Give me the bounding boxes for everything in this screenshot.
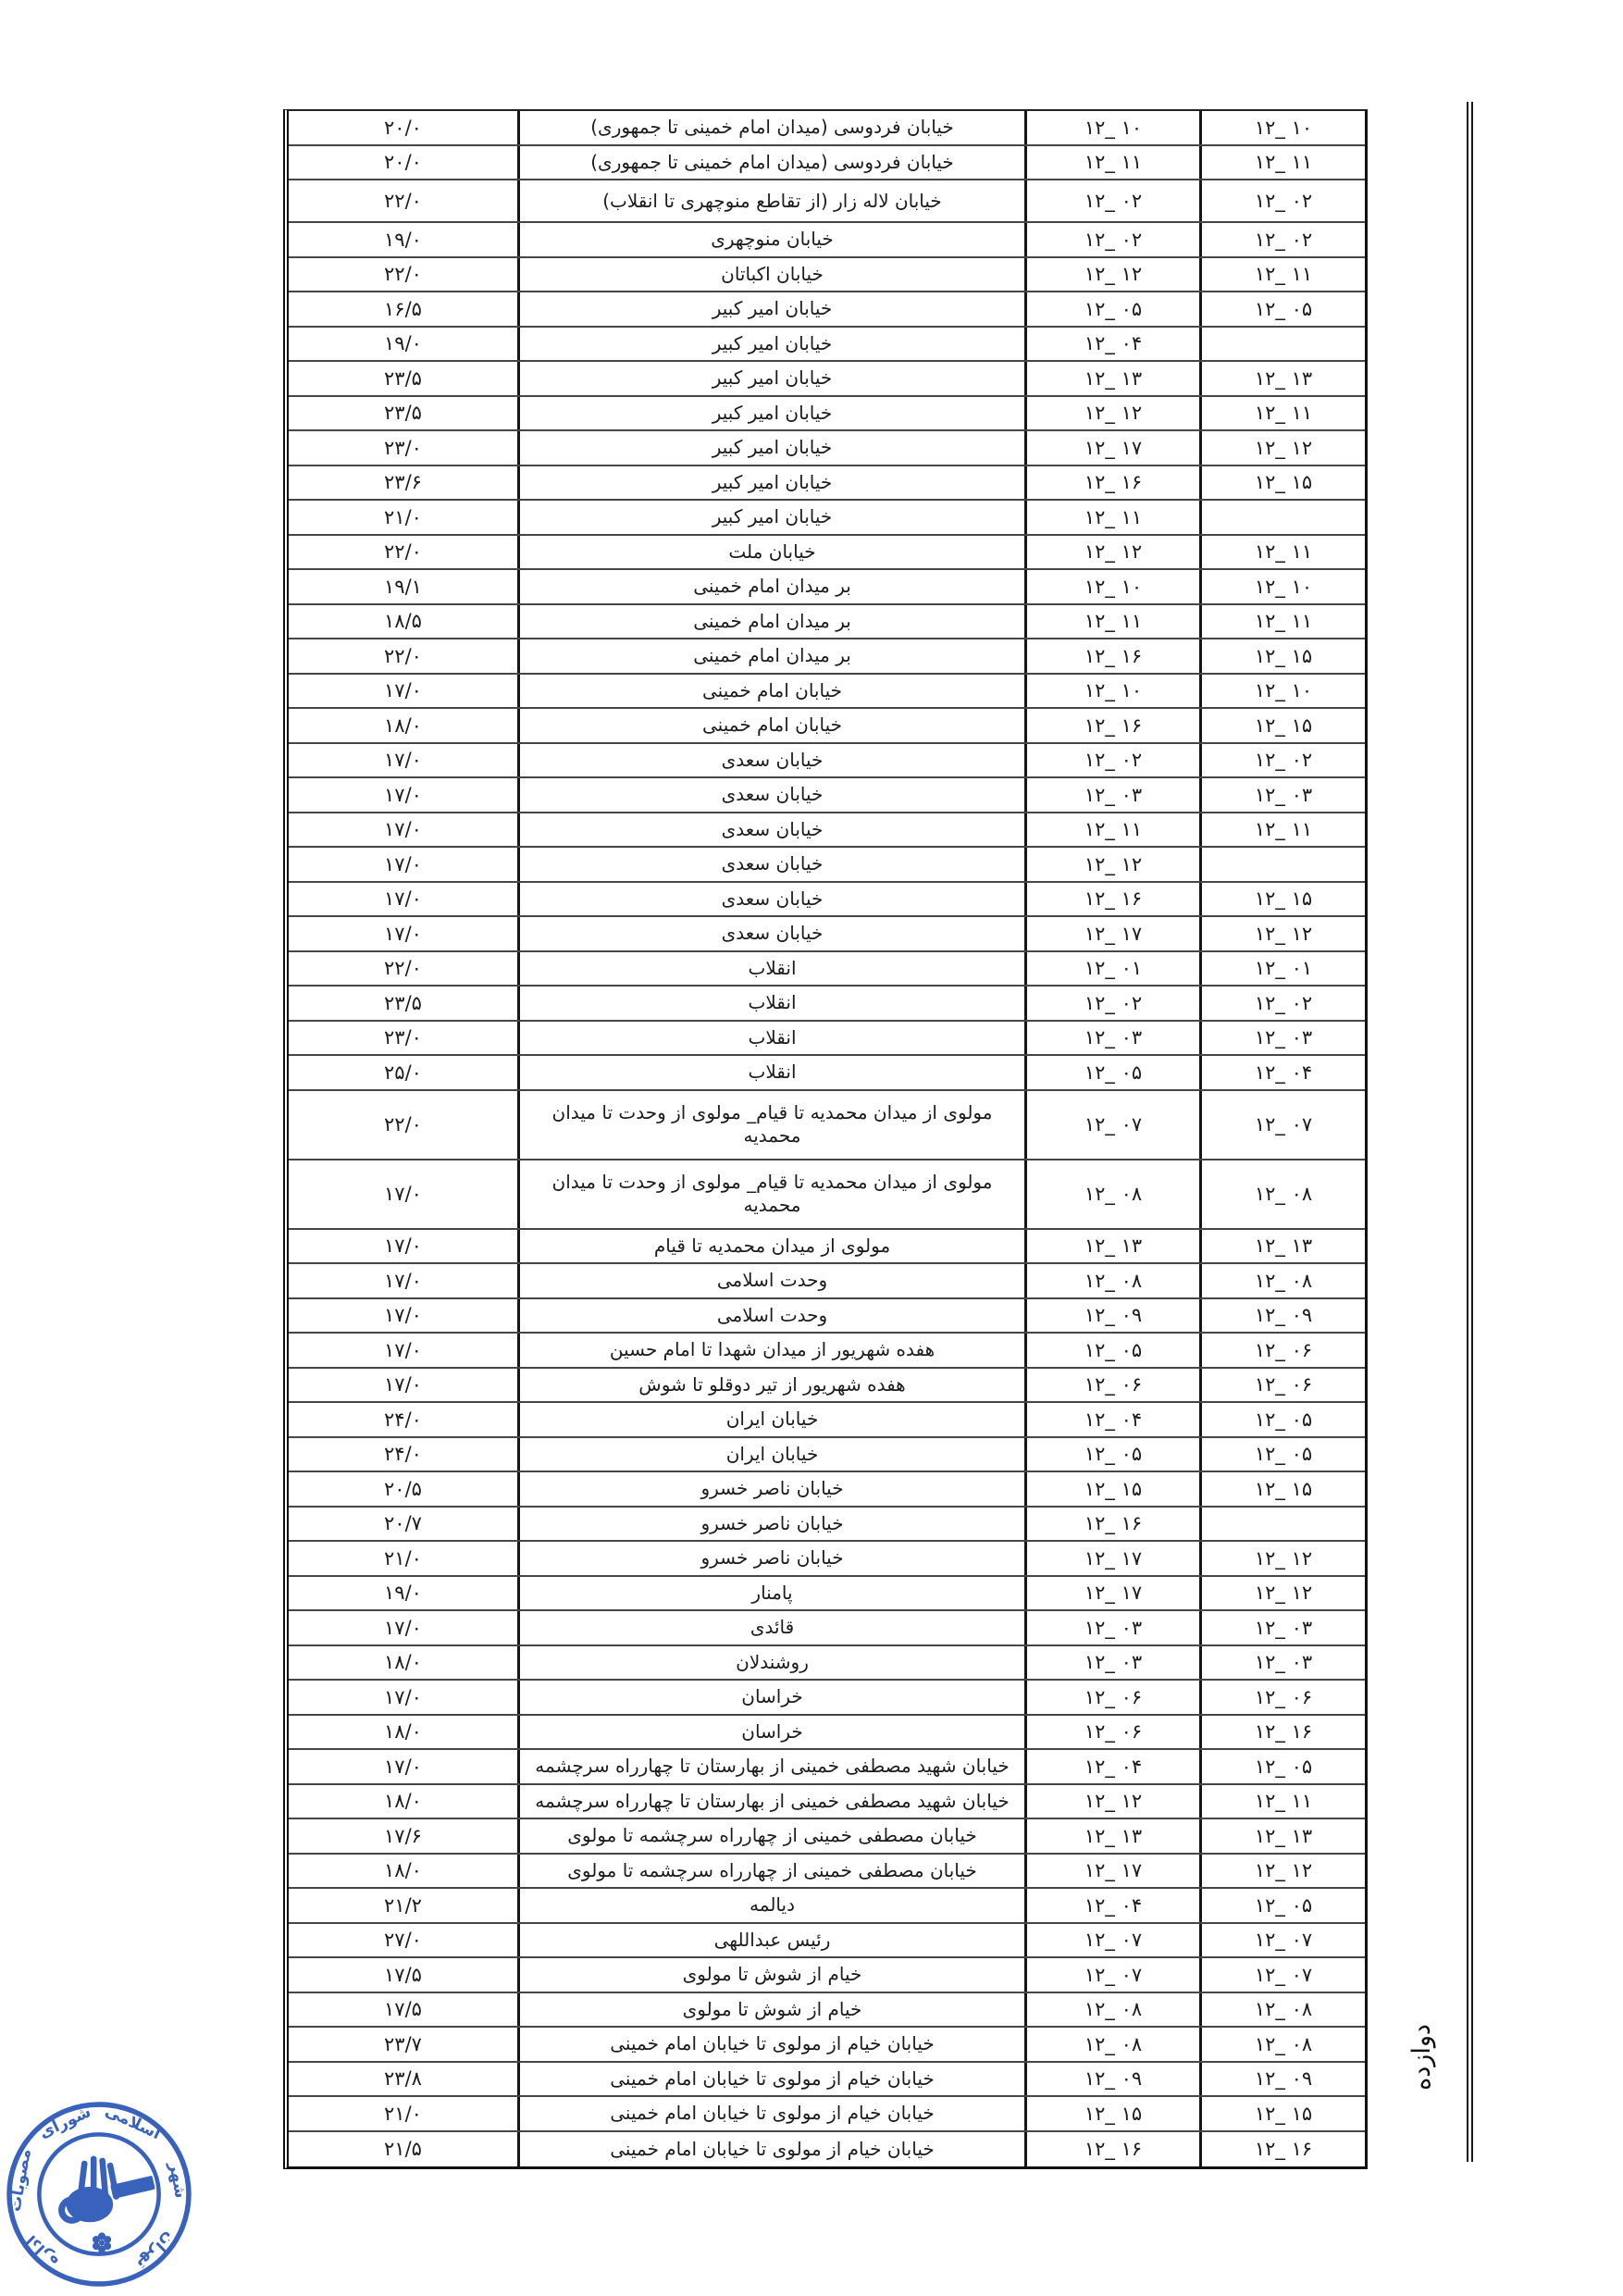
district-code-left: ۱۲_ ۰۵ xyxy=(1084,1061,1142,1085)
street-name: رئیس عبداللهی xyxy=(714,1929,831,1952)
street-name: خیابان ناصر خسرو xyxy=(700,1477,843,1500)
district-code-left: ۱۲_ ۰۲ xyxy=(1084,991,1142,1015)
table-row: ۱۸/۰ خراسان ۱۲_ ۰۶ ۱۲_ ۱۶ xyxy=(289,1716,1365,1751)
district-code-cell-left: ۱۲_ ۱۲ xyxy=(1027,258,1202,292)
street-name: قائدی xyxy=(750,1616,794,1639)
street-name: انقلاب xyxy=(749,1026,797,1049)
district-code-left: ۱۲_ ۰۷ xyxy=(1084,1963,1142,1987)
district-code-cell-left: ۱۲_ ۰۷ xyxy=(1027,1924,1202,1957)
width-value-cell: ۱۷/۰ xyxy=(289,1681,520,1714)
width-value-cell: ۲۲/۰ xyxy=(289,536,520,569)
street-name-cell: خیابان مصطفی خمینی از چهارراه سرچشمه تا … xyxy=(520,1819,1027,1853)
district-code-cell-right: ۱۲_ ۰۸ xyxy=(1202,2028,1365,2061)
width-value-cell: ۲۳/۵ xyxy=(289,397,520,430)
street-name-cell: وحدت اسلامی xyxy=(520,1299,1027,1333)
district-code-cell-left: ۱۲_ ۰۴ xyxy=(1027,1750,1202,1783)
district-code-right: ۱۲_ ۱۵ xyxy=(1255,887,1312,911)
street-name: مولوی از میدان محمدیه تا قیام_ مولوی از … xyxy=(527,1171,1017,1217)
street-name: خیابان امام خمینی xyxy=(702,714,842,737)
street-name-cell: خیابان شهید مصطفی خمینی از بهارستان تا چ… xyxy=(520,1750,1027,1783)
district-code-cell-right: ۱۲_ ۱۳ xyxy=(1202,1819,1365,1853)
street-name-cell: روشندلان xyxy=(520,1646,1027,1680)
district-code-cell-right: ۱۲_ ۰۹ xyxy=(1202,1299,1365,1333)
width-value-cell: ۲۱/۰ xyxy=(289,1542,520,1575)
street-name: خیابان مصطفی خمینی از چهارراه سرچشمه تا … xyxy=(567,1859,977,1882)
table-row: ۲۱/۲ دیالمه ۱۲_ ۰۴ ۱۲_ ۰۵ xyxy=(289,1889,1365,1924)
district-code-cell-right: ۱۲_ ۱۱ xyxy=(1202,536,1365,569)
street-name: خیابان امام خمینی xyxy=(702,679,842,702)
width-value-cell: ۲۷/۰ xyxy=(289,1924,520,1957)
district-code-right: ۱۲_ ۱۱ xyxy=(1255,540,1312,564)
street-name: روشندلان xyxy=(736,1651,809,1674)
district-code-cell-left: ۱۲_ ۱۶ xyxy=(1027,639,1202,673)
width-value: ۱۷/۰ xyxy=(384,678,422,702)
district-code-cell-left: ۱۲_ ۱۶ xyxy=(1027,709,1202,742)
table-row: ۲۳/۵ خیابان امیر کبیر ۱۲_ ۱۳ ۱۲_ ۱۳ xyxy=(289,362,1365,397)
street-name: بر میدان امام خمینی xyxy=(693,610,851,633)
street-name: خیابان مصطفی خمینی از چهارراه سرچشمه تا … xyxy=(567,1824,977,1847)
street-name-cell: بر میدان امام خمینی xyxy=(520,605,1027,639)
district-code-left: ۱۲_ ۰۸ xyxy=(1084,2032,1142,2056)
street-name: خیابان امیر کبیر xyxy=(712,297,833,320)
width-value-cell: ۱۷/۰ xyxy=(289,1369,520,1402)
district-code-cell-left: ۱۲_ ۰۳ xyxy=(1027,1646,1202,1680)
district-code-cell-left: ۱۲_ ۰۲ xyxy=(1027,987,1202,1020)
district-code-cell-left: ۱۲_ ۱۳ xyxy=(1027,1230,1202,1263)
width-value-cell: ۲۰/۰ xyxy=(289,111,520,144)
width-value-cell: ۲۳/۵ xyxy=(289,362,520,395)
table-row: ۱۶/۵ خیابان امیر کبیر ۱۲_ ۰۵ ۱۲_ ۰۵ xyxy=(289,292,1365,328)
district-code-right: ۱۲_ ۱۲ xyxy=(1255,1546,1312,1570)
district-code-right: ۱۲_ ۱۲ xyxy=(1255,922,1312,946)
district-code-left: ۱۲_ ۱۷ xyxy=(1084,1546,1142,1570)
table-row: ۲۲/۰ انقلاب ۱۲_ ۰۱ ۱۲_ ۰۱ xyxy=(289,952,1365,987)
district-code-cell-right: ۱۲_ ۱۱ xyxy=(1202,397,1365,430)
district-code-cell-right: ۱۲_ ۱۱ xyxy=(1202,605,1365,639)
table-row: ۱۷/۰ خیابان سعدی ۱۲_ ۰۳ ۱۲_ ۰۳ xyxy=(289,778,1365,813)
street-name-cell: خراسان xyxy=(520,1716,1027,1749)
width-value-cell: ۱۷/۰ xyxy=(289,778,520,812)
district-code-left: ۱۲_ ۱۱ xyxy=(1084,150,1142,174)
district-code-cell-left: ۱۲_ ۰۵ xyxy=(1027,1056,1202,1089)
street-name-cell: خیابان ناصر خسرو xyxy=(520,1508,1027,1541)
district-code-right: ۱۲_ ۰۸ xyxy=(1255,1269,1312,1293)
street-name: خیابان فردوسی (میدان امام خمینی تا جمهور… xyxy=(590,151,954,174)
district-code-cell-left: ۱۲_ ۱۱ xyxy=(1027,501,1202,534)
width-value: ۱۷/۰ xyxy=(384,887,422,911)
street-name: خیابان ملت xyxy=(728,540,815,564)
street-name-cell: خیابان ایران xyxy=(520,1438,1027,1471)
street-name: دیالمه xyxy=(750,1893,795,1917)
district-code-left: ۱۲_ ۱۰ xyxy=(1084,575,1142,599)
width-value: ۲۵/۰ xyxy=(384,1061,422,1085)
street-name: هفده شهریور از میدان شهدا تا امام حسین xyxy=(610,1338,935,1361)
table-row: ۲۴/۰ خیابان ایران ۱۲_ ۰۵ ۱۲_ ۰۵ xyxy=(289,1438,1365,1473)
district-code-left: ۱۲_ ۰۶ xyxy=(1084,1685,1142,1709)
district-code-right: ۱۲_ ۱۲ xyxy=(1255,1858,1312,1882)
width-value: ۱۹/۱ xyxy=(384,575,422,599)
page-number-vertical: دوازده xyxy=(1408,2020,1436,2094)
street-name-cell: خیابان اکباتان xyxy=(520,258,1027,292)
district-code-cell-left: ۱۲_ ۱۰ xyxy=(1027,111,1202,144)
street-name-cell: بر میدان امام خمینی xyxy=(520,570,1027,603)
street-name: خیابان فردوسی (میدان امام خمینی تا جمهور… xyxy=(590,116,954,139)
district-code-right: ۱۲_ ۰۳ xyxy=(1255,783,1312,807)
width-value: ۱۷/۰ xyxy=(384,1755,422,1779)
table-row: ۲۳/۰ انقلاب ۱۲_ ۰۳ ۱۲_ ۰۳ xyxy=(289,1022,1365,1057)
street-name-cell: خیابان سعدی xyxy=(520,883,1027,916)
district-code-left: ۱۲_ ۰۲ xyxy=(1084,228,1142,252)
width-value: ۱۸/۰ xyxy=(384,1789,422,1813)
street-name: انقلاب xyxy=(749,991,797,1014)
district-code-right: ۱۲_ ۰۲ xyxy=(1255,189,1312,213)
district-code-left: ۱۲_ ۰۳ xyxy=(1084,783,1142,807)
district-code-cell-right: ۱۲_ ۰۶ xyxy=(1202,1369,1365,1402)
district-code-cell-right xyxy=(1202,1508,1365,1541)
district-code-left: ۱۲_ ۱۵ xyxy=(1084,1477,1142,1501)
width-value-cell: ۱۸/۰ xyxy=(289,709,520,742)
width-value: ۱۷/۰ xyxy=(384,817,422,841)
street-name: خیابان ایران xyxy=(726,1443,819,1466)
width-value-cell: ۱۸/۰ xyxy=(289,1785,520,1818)
width-value-cell: ۲۴/۰ xyxy=(289,1438,520,1471)
district-code-cell-left: ۱۲_ ۱۰ xyxy=(1027,675,1202,708)
table-row: ۱۷/۰ خیابان سعدی ۱۲_ ۱۷ ۱۲_ ۱۲ xyxy=(289,917,1365,952)
district-code-right: ۱۲_ ۰۷ xyxy=(1255,1112,1312,1136)
width-value: ۱۷/۰ xyxy=(384,1372,422,1396)
district-code-cell-left: ۱۲_ ۰۷ xyxy=(1027,1958,1202,1992)
table-row: ۲۳/۷ خیابان خیام از مولوی تا خیابان امام… xyxy=(289,2028,1365,2063)
district-code-cell-left: ۱۲_ ۱۳ xyxy=(1027,362,1202,395)
table-row: ۲۷/۰ رئیس عبداللهی ۱۲_ ۰۷ ۱۲_ ۰۷ xyxy=(289,1924,1365,1959)
district-code-left: ۱۲_ ۰۹ xyxy=(1084,1303,1142,1327)
district-code-right: ۱۲_ ۰۷ xyxy=(1255,1928,1312,1952)
width-value: ۱۸/۰ xyxy=(384,1858,422,1882)
district-code-cell-left: ۱۲_ ۱۱ xyxy=(1027,146,1202,180)
width-value: ۲۰/۵ xyxy=(384,1477,422,1501)
district-code-left: ۱۲_ ۱۲ xyxy=(1084,401,1142,425)
street-name-cell: خیابان امیر کبیر xyxy=(520,501,1027,534)
width-value-cell: ۱۷/۰ xyxy=(289,744,520,777)
table-row: ۱۸/۰ خیابان امام خمینی ۱۲_ ۱۶ ۱۲_ ۱۵ xyxy=(289,709,1365,744)
width-value: ۲۳/۵ xyxy=(384,366,422,391)
width-value: ۲۲/۰ xyxy=(384,956,422,980)
width-value: ۲۳/۷ xyxy=(384,2032,422,2056)
street-name: خیابان خیام از مولوی تا خیابان امام خمین… xyxy=(610,2102,934,2125)
width-value-cell: ۲۳/۸ xyxy=(289,2063,520,2096)
district-code-right: ۱۲_ ۱۰ xyxy=(1255,116,1312,140)
table-row: ۱۷/۰ خیابان سعدی ۱۲_ ۱۶ ۱۲_ ۱۵ xyxy=(289,883,1365,918)
district-code-cell-right: ۱۲_ ۰۲ xyxy=(1202,223,1365,256)
width-value-cell: ۲۰/۵ xyxy=(289,1472,520,1506)
district-code-cell-right: ۱۲_ ۱۱ xyxy=(1202,258,1365,292)
district-code-right: ۱۲_ ۰۶ xyxy=(1255,1685,1312,1709)
district-code-cell-left: ۱۲_ ۱۳ xyxy=(1027,1819,1202,1853)
district-code-right: ۱۲_ ۱۶ xyxy=(1255,1719,1312,1744)
street-name-cell: خیابان سعدی xyxy=(520,744,1027,777)
table-row: ۲۵/۰ انقلاب ۱۲_ ۰۵ ۱۲_ ۰۴ xyxy=(289,1056,1365,1091)
width-value: ۲۰/۰ xyxy=(384,116,422,140)
street-name-cell: انقلاب xyxy=(520,987,1027,1020)
district-code-left: ۱۲_ ۰۲ xyxy=(1084,748,1142,772)
district-code-cell-left: ۱۲_ ۱۱ xyxy=(1027,813,1202,847)
district-code-cell-left: ۱۲_ ۱۰ xyxy=(1027,570,1202,603)
district-code-cell-left: ۱۲_ ۰۸ xyxy=(1027,2028,1202,2061)
width-value: ۱۷/۰ xyxy=(384,1338,422,1362)
width-value-cell: ۲۲/۰ xyxy=(289,639,520,673)
district-code-cell-right: ۱۲_ ۰۵ xyxy=(1202,1403,1365,1436)
district-code-cell-right: ۱۲_ ۰۷ xyxy=(1202,1958,1365,1992)
district-code-right: ۱۲_ ۰۹ xyxy=(1255,2066,1312,2091)
district-code-right: ۱۲_ ۱۰ xyxy=(1255,575,1312,599)
scanned-document-page: ۲۰/۰ خیابان فردوسی (میدان امام خمینی تا … xyxy=(0,0,1623,2296)
street-name-cell: پامنار xyxy=(520,1577,1027,1610)
street-name: خیابان امیر کبیر xyxy=(712,505,833,528)
street-name: خیابان امیر کبیر xyxy=(712,436,833,459)
district-code-cell-right: ۱۲_ ۱۵ xyxy=(1202,2097,1365,2130)
table-row: ۲۳/۵ خیابان امیر کبیر ۱۲_ ۱۲ ۱۲_ ۱۱ xyxy=(289,397,1365,432)
district-code-cell-left: ۱۲_ ۰۴ xyxy=(1027,328,1202,361)
street-name-cell: خیابان خیام از مولوی تا خیابان امام خمین… xyxy=(520,2028,1027,2061)
width-value-cell: ۱۸/۰ xyxy=(289,1716,520,1749)
district-code-cell-left: ۱۲_ ۱۷ xyxy=(1027,431,1202,465)
width-value-cell: ۱۹/۰ xyxy=(289,328,520,361)
street-name: خیابان اکباتان xyxy=(721,263,824,286)
district-code-right: ۱۲_ ۰۲ xyxy=(1255,748,1312,772)
district-code-cell-right: ۱۲_ ۱۲ xyxy=(1202,1855,1365,1888)
width-value: ۲۷/۰ xyxy=(384,1928,422,1952)
stamp-ring-word: مصوبات xyxy=(6,2148,35,2214)
street-name: خیابان سعدی xyxy=(722,887,824,911)
table-row: ۲۲/۰ مولوی از میدان محمدیه تا قیام_ مولو… xyxy=(289,1091,1365,1160)
street-name: پامنار xyxy=(751,1582,792,1605)
district-code-cell-right: ۱۲_ ۱۱ xyxy=(1202,146,1365,180)
district-code-cell-right: ۱۲_ ۱۵ xyxy=(1202,709,1365,742)
width-value-cell: ۲۲/۰ xyxy=(289,952,520,986)
district-code-cell-right: ۱۲_ ۱۰ xyxy=(1202,111,1365,144)
table-row: ۲۰/۰ خیابان فردوسی (میدان امام خمینی تا … xyxy=(289,146,1365,181)
district-code-left: ۱۲_ ۱۷ xyxy=(1084,436,1142,460)
street-name: بر میدان امام خمینی xyxy=(693,644,851,667)
district-code-right: ۱۲_ ۱۱ xyxy=(1255,1789,1312,1813)
district-code-cell-left: ۱۲_ ۰۲ xyxy=(1027,180,1202,221)
width-value: ۱۹/۰ xyxy=(384,331,422,355)
street-name-cell: بر میدان امام خمینی xyxy=(520,639,1027,673)
street-name-cell: خیابان فردوسی (میدان امام خمینی تا جمهور… xyxy=(520,111,1027,144)
district-code-left: ۱۲_ ۱۱ xyxy=(1084,609,1142,633)
width-value: ۱۷/۵ xyxy=(384,1963,422,1987)
width-value: ۲۲/۰ xyxy=(384,1112,422,1136)
table-row: ۱۷/۰ قائدی ۱۲_ ۰۳ ۱۲_ ۰۳ xyxy=(289,1611,1365,1646)
district-code-cell-left: ۱۲_ ۰۶ xyxy=(1027,1716,1202,1749)
district-code-right: ۱۲_ ۱۰ xyxy=(1255,678,1312,702)
district-code-right: ۱۲_ ۰۵ xyxy=(1255,297,1312,321)
district-code-cell-right: ۱۲_ ۰۳ xyxy=(1202,1022,1365,1055)
district-code-left: ۱۲_ ۰۲ xyxy=(1084,189,1142,213)
street-name-cell: خیابان خیام از مولوی تا خیابان امام خمین… xyxy=(520,2132,1027,2167)
width-value-cell: ۱۹/۱ xyxy=(289,570,520,603)
street-name: خیابان لاله زار (از تقاطع منوچهری تا انق… xyxy=(602,190,942,213)
district-code-cell-right: ۱۲_ ۱۰ xyxy=(1202,570,1365,603)
district-code-right: ۱۲_ ۰۵ xyxy=(1255,1893,1312,1917)
district-code-right: ۱۲_ ۱۵ xyxy=(1255,1477,1312,1501)
district-code-cell-right: ۱۲_ ۱۳ xyxy=(1202,362,1365,395)
table-row: ۲۲/۰ خیابان ملت ۱۲_ ۱۲ ۱۲_ ۱۱ xyxy=(289,536,1365,571)
street-name: خیابان خیام از مولوی تا خیابان امام خمین… xyxy=(610,2067,934,2091)
width-value-cell: ۲۰/۷ xyxy=(289,1508,520,1541)
district-code-cell-right: ۱۲_ ۰۴ xyxy=(1202,1056,1365,1089)
district-code-cell-left: ۱۲_ ۱۷ xyxy=(1027,1577,1202,1610)
street-name: خیابان امیر کبیر xyxy=(712,402,833,425)
district-code-cell-right: ۱۲_ ۱۶ xyxy=(1202,1716,1365,1749)
width-value: ۲۳/۵ xyxy=(384,991,422,1015)
district-code-cell-left: ۱۲_ ۱۶ xyxy=(1027,1508,1202,1541)
district-code-cell-right: ۱۲_ ۱۶ xyxy=(1202,2132,1365,2167)
street-name-cell: انقلاب xyxy=(520,952,1027,986)
table-row: ۱۸/۰ خیابان شهید مصطفی خمینی از بهارستان… xyxy=(289,1785,1365,1820)
width-value-cell: ۱۹/۰ xyxy=(289,223,520,256)
street-name-cell: خیابان سعدی xyxy=(520,848,1027,881)
width-value-cell: ۲۴/۰ xyxy=(289,1403,520,1436)
width-value-cell: ۱۷/۰ xyxy=(289,1264,520,1297)
width-value: ۲۲/۰ xyxy=(384,262,422,286)
table-row: ۲۳/۵ انقلاب ۱۲_ ۰۲ ۱۲_ ۰۲ xyxy=(289,987,1365,1022)
street-name-cell: خیابان امیر کبیر xyxy=(520,397,1027,430)
district-code-left: ۱۲_ ۰۵ xyxy=(1084,1338,1142,1362)
district-code-cell-left: ۱۲_ ۰۹ xyxy=(1027,1299,1202,1333)
street-name: هفده شهریور از تیر دوقلو تا شوش xyxy=(638,1373,905,1396)
district-code-left: ۱۲_ ۱۷ xyxy=(1084,1581,1142,1605)
street-name-cell: خیابان فردوسی (میدان امام خمینی تا جمهور… xyxy=(520,146,1027,180)
district-code-left: ۱۲_ ۱۶ xyxy=(1084,470,1142,494)
street-name: خیابان سعدی xyxy=(722,852,824,875)
width-value: ۲۰/۷ xyxy=(384,1511,422,1535)
width-value-cell: ۲۲/۰ xyxy=(289,180,520,221)
district-code-right: ۱۲_ ۱۵ xyxy=(1255,644,1312,668)
district-code-cell-left: ۱۲_ ۱۵ xyxy=(1027,2097,1202,2130)
district-code-cell-right: ۱۲_ ۰۹ xyxy=(1202,2063,1365,2096)
district-code-cell-left: ۱۲_ ۱۷ xyxy=(1027,1542,1202,1575)
district-code-cell-right: ۱۲_ ۱۲ xyxy=(1202,1542,1365,1575)
table-row: ۱۷/۰ مولوی از میدان محمدیه تا قیام_ مولو… xyxy=(289,1160,1365,1230)
district-code-left: ۱۲_ ۱۲ xyxy=(1084,852,1142,876)
district-code-right: ۱۲_ ۰۱ xyxy=(1255,956,1312,980)
district-code-cell-right: ۱۲_ ۰۵ xyxy=(1202,1750,1365,1783)
district-code-cell-right: ۱۲_ ۰۲ xyxy=(1202,987,1365,1020)
district-code-cell-left: ۱۲_ ۱۵ xyxy=(1027,1472,1202,1506)
street-name-cell: خیابان امیر کبیر xyxy=(520,466,1027,500)
district-code-right: ۱۲_ ۱۶ xyxy=(1255,2137,1312,2161)
street-name-cell: خیابان امیر کبیر xyxy=(520,362,1027,395)
width-value-cell: ۱۷/۵ xyxy=(289,1958,520,1992)
district-code-cell-right: ۱۲_ ۰۳ xyxy=(1202,778,1365,812)
table-row: ۱۹/۰ خیابان امیر کبیر ۱۲_ ۰۴ xyxy=(289,328,1365,363)
district-code-cell-left: ۱۲_ ۱۲ xyxy=(1027,536,1202,569)
district-code-cell-left: ۱۲_ ۱۶ xyxy=(1027,466,1202,500)
district-code-cell-right xyxy=(1202,848,1365,881)
district-code-left: ۱۲_ ۰۴ xyxy=(1084,1755,1142,1779)
council-stamp: اداره مصوبات شورای اسلامی شهر تهران xyxy=(6,2101,192,2288)
width-value: ۲۴/۰ xyxy=(384,1408,422,1432)
street-name: وحدت اسلامی xyxy=(717,1304,827,1327)
width-value: ۱۸/۰ xyxy=(384,1650,422,1674)
street-name-cell: خیابان امیر کبیر xyxy=(520,292,1027,326)
district-code-cell-left: ۱۲_ ۰۷ xyxy=(1027,1091,1202,1159)
district-code-right: ۱۲_ ۰۵ xyxy=(1255,1442,1312,1466)
district-code-cell-left: ۱۲_ ۰۵ xyxy=(1027,1334,1202,1367)
width-value-cell: ۱۷/۰ xyxy=(289,883,520,916)
street-name-cell: رئیس عبداللهی xyxy=(520,1924,1027,1957)
district-code-cell-right xyxy=(1202,501,1365,534)
width-value: ۱۸/۵ xyxy=(384,609,422,633)
district-code-right: ۱۲_ ۰۵ xyxy=(1255,1408,1312,1432)
district-code-right: ۱۲_ ۰۲ xyxy=(1255,228,1312,252)
width-value: ۲۰/۰ xyxy=(384,150,422,174)
district-code-cell-left: ۱۲_ ۰۲ xyxy=(1027,744,1202,777)
table-row: ۱۹/۰ خیابان منوچهری ۱۲_ ۰۲ ۱۲_ ۰۲ xyxy=(289,223,1365,258)
street-name-cell: خیابان شهید مصطفی خمینی از بهارستان تا چ… xyxy=(520,1785,1027,1818)
street-name: خیابان منوچهری xyxy=(711,228,834,251)
district-code-cell-left: ۱۲_ ۰۳ xyxy=(1027,778,1202,812)
street-name-cell: خیابان سعدی xyxy=(520,813,1027,847)
district-code-left: ۱۲_ ۱۲ xyxy=(1084,262,1142,286)
district-code-cell-right: ۱۲_ ۰۳ xyxy=(1202,1611,1365,1644)
width-value-cell: ۲۱/۵ xyxy=(289,2132,520,2167)
district-code-left: ۱۲_ ۰۴ xyxy=(1084,1408,1142,1432)
district-code-left: ۱۲_ ۰۱ xyxy=(1084,956,1142,980)
district-code-right: ۱۲_ ۱۳ xyxy=(1255,1234,1312,1258)
width-value: ۱۷/۰ xyxy=(384,1685,422,1709)
district-code-right: ۱۲_ ۱۱ xyxy=(1255,150,1312,174)
table-row: ۱۷/۰ مولوی از میدان محمدیه تا قیام ۱۲_ ۱… xyxy=(289,1230,1365,1265)
width-value: ۲۱/۰ xyxy=(384,1546,422,1570)
width-value: ۱۷/۵ xyxy=(384,1997,422,2021)
street-name: خیام از شوش تا مولوی xyxy=(683,1998,862,2021)
width-value-cell: ۱۸/۰ xyxy=(289,1646,520,1680)
table-row: ۱۸/۰ روشندلان ۱۲_ ۰۳ ۱۲_ ۰۳ xyxy=(289,1646,1365,1682)
streets-table: ۲۰/۰ خیابان فردوسی (میدان امام خمینی تا … xyxy=(283,109,1368,2169)
table-row: ۱۷/۰ هفده شهریور از میدان شهدا تا امام ح… xyxy=(289,1334,1365,1369)
width-value-cell: ۲۰/۰ xyxy=(289,146,520,180)
district-code-cell-right: ۱۲_ ۰۲ xyxy=(1202,180,1365,221)
width-value-cell: ۲۲/۰ xyxy=(289,258,520,292)
district-code-left: ۱۲_ ۱۷ xyxy=(1084,922,1142,946)
street-name: خیام از شوش تا مولوی xyxy=(683,1963,862,1986)
district-code-cell-left: ۱۲_ ۱۷ xyxy=(1027,917,1202,950)
district-code-cell-left: ۱۲_ ۰۲ xyxy=(1027,223,1202,256)
street-name: خیابان ایران xyxy=(726,1408,819,1431)
district-code-left: ۱۲_ ۱۰ xyxy=(1084,116,1142,140)
table-row: ۲۳/۶ خیابان امیر کبیر ۱۲_ ۱۶ ۱۲_ ۱۵ xyxy=(289,466,1365,502)
district-code-right: ۱۲_ ۱۱ xyxy=(1255,609,1312,633)
table-row: ۱۷/۰ وحدت اسلامی ۱۲_ ۰۹ ۱۲_ ۰۹ xyxy=(289,1299,1365,1334)
table-row: ۱۷/۰ وحدت اسلامی ۱۲_ ۰۸ ۱۲_ ۰۸ xyxy=(289,1264,1365,1299)
street-name: خیابان خیام از مولوی تا خیابان امام خمین… xyxy=(610,2032,934,2055)
table-row: ۱۷/۰ هفده شهریور از تیر دوقلو تا شوش ۱۲_… xyxy=(289,1369,1365,1404)
district-code-left: ۱۲_ ۱۷ xyxy=(1084,1858,1142,1882)
street-name-cell: خیابان منوچهری xyxy=(520,223,1027,256)
width-value: ۲۲/۰ xyxy=(384,189,422,213)
district-code-cell-left: ۱۲_ ۱۶ xyxy=(1027,883,1202,916)
district-code-right: ۱۲_ ۱۲ xyxy=(1255,436,1312,460)
district-code-cell-right: ۱۲_ ۰۱ xyxy=(1202,952,1365,986)
district-code-left: ۱۲_ ۱۳ xyxy=(1084,1234,1142,1258)
width-value-cell: ۱۸/۵ xyxy=(289,605,520,639)
width-value-cell: ۱۷/۰ xyxy=(289,813,520,847)
street-name-cell: انقلاب xyxy=(520,1056,1027,1089)
street-name-cell: مولوی از میدان محمدیه تا قیام_ مولوی از … xyxy=(520,1091,1027,1159)
width-value-cell: ۱۷/۵ xyxy=(289,1993,520,2027)
